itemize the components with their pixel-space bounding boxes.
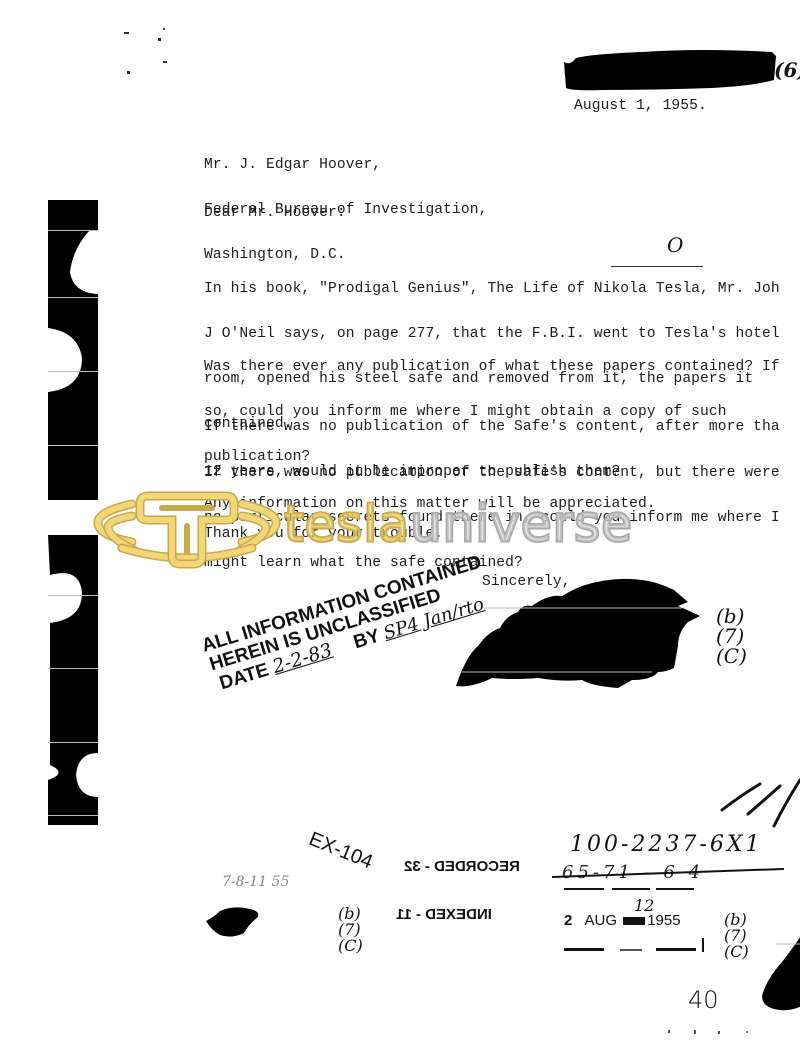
struck-day-mark	[623, 917, 645, 925]
exemption-mark-top: (6)	[774, 58, 800, 82]
exemption-c: (C)	[338, 938, 363, 954]
letter-date: August 1, 1955.	[574, 99, 707, 114]
form-rule	[612, 888, 650, 890]
received-day: 2	[564, 912, 572, 929]
exemption-c: (C)	[716, 646, 747, 666]
scan-speck	[124, 32, 129, 34]
exemption-b: (b)	[716, 606, 747, 626]
watermark-fill-tesla: tesla	[284, 495, 410, 553]
exemption-marks-bottom-right: (b) (7) (C)	[724, 912, 749, 960]
scan-speck	[718, 1031, 720, 1034]
scan-line	[48, 742, 98, 743]
faint-handwritten-note: 7-8-11 55	[222, 874, 289, 890]
indexed-stamp: INDEXED - 11	[396, 906, 492, 923]
binder-strip-top-shape	[48, 200, 148, 520]
exemption-marks-bottom-center: (b) (7) (C)	[338, 906, 363, 954]
scan-speck	[127, 71, 130, 74]
redaction-corner	[756, 928, 800, 1018]
scan-speck	[158, 38, 161, 41]
scan-speck	[668, 1030, 670, 1033]
recorded-stamp: RECORDED - 32	[404, 858, 520, 875]
scan-line	[48, 445, 98, 446]
paragraph-line: Was there ever any publication of what t…	[204, 360, 780, 375]
file-number: 100-2237-6X1	[570, 832, 763, 857]
scan-line	[48, 595, 98, 596]
exemption-marks-signature: (b) (7) (C)	[716, 606, 747, 666]
scan-speck	[746, 1031, 748, 1033]
received-date-stamp: 2 AUG 1955	[564, 912, 681, 929]
corrected-day: 12	[634, 896, 654, 915]
redaction-letterhead	[562, 44, 792, 104]
form-rule	[620, 949, 642, 951]
scan-speck	[163, 61, 167, 63]
received-month: AUG	[585, 912, 618, 929]
scan-line	[48, 230, 98, 231]
paragraph-line: If there was no publication of the safe'…	[204, 466, 780, 481]
ex-number-stamp: EX-104	[305, 828, 375, 874]
scan-line	[48, 815, 98, 816]
form-rule	[656, 948, 696, 951]
recipient-name: Mr. J. Edgar Hoover,	[204, 158, 487, 173]
form-rule	[564, 948, 604, 951]
salutation: Dear Mr. Hoover:	[204, 206, 346, 221]
binder-strip-bottom-shape	[46, 535, 146, 835]
tesla-universe-logo-icon	[92, 490, 292, 570]
watermark-text-fill: teslauniverse	[284, 496, 633, 552]
scan-speck	[694, 1030, 696, 1034]
scan-speck	[163, 28, 165, 30]
redaction-small	[204, 903, 264, 939]
watermark-fill-universe: universe	[410, 495, 633, 553]
handwritten-underline	[611, 266, 703, 267]
tick-marks	[700, 760, 790, 830]
exemption-c: (C)	[724, 944, 749, 960]
form-rule	[564, 888, 604, 890]
paragraph-line: In his book, "Prodigal Genius", The Life…	[204, 282, 780, 297]
scan-line	[48, 668, 98, 669]
form-rule	[656, 888, 694, 890]
form-tick	[702, 938, 704, 952]
scan-line	[48, 297, 98, 298]
scan-line	[48, 371, 98, 372]
paragraph-line: If there was no publication of the Safe'…	[204, 420, 780, 435]
exemption-7: (7)	[716, 626, 747, 646]
page-number: 40	[688, 986, 719, 1014]
